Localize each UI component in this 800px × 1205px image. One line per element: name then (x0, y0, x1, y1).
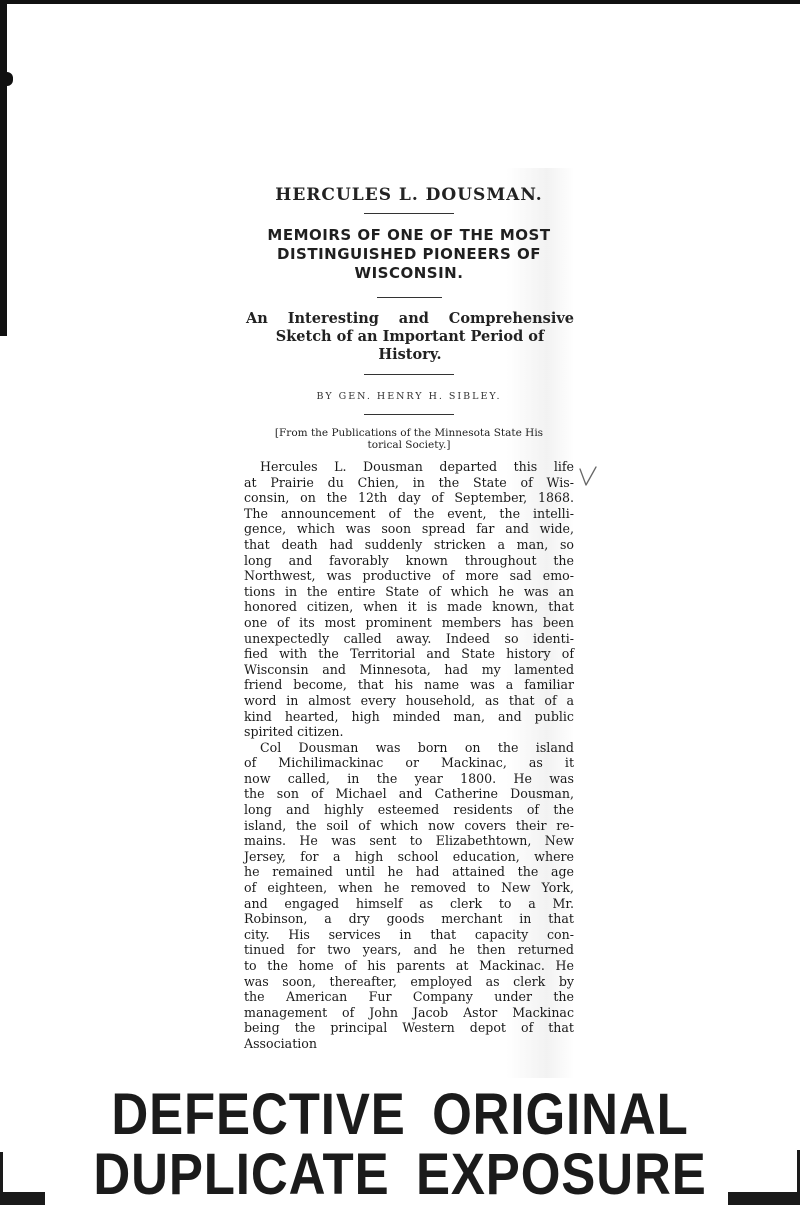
article-source: [From the Publications of the Minnesota … (244, 427, 574, 451)
body-line: friend become, that his name was a famil… (244, 677, 574, 693)
source-line: torical Society.] (244, 439, 574, 451)
notice-word: DEFECTIVE (111, 1082, 405, 1147)
scan-edge-left (0, 0, 7, 320)
divider-rule (377, 297, 442, 298)
body-line: was soon, thereafter, employed as clerk … (244, 974, 574, 990)
subhead-line: DISTINGUISHED PIONEERS OF (244, 245, 574, 264)
body-line: management of John Jacob Astor Mackinac (244, 1005, 574, 1021)
scan-corner-bottom-left (0, 1192, 45, 1205)
body-line: long and highly esteemed residents of th… (244, 802, 574, 818)
body-line: Wisconsin and Minnesota, had my lamented (244, 662, 574, 678)
deck-line: An Interesting and Comprehensive (246, 310, 574, 328)
body-line: to the home of his parents at Mackinac. … (244, 958, 574, 974)
divider-rule (364, 374, 454, 375)
source-line: [From the Publications of the Minnesota … (244, 427, 574, 439)
body-line: Robinson, a dry goods merchant in that (244, 911, 574, 927)
body-line: that death had suddenly stricken a man, … (244, 537, 574, 553)
body-line: city. His services in that capacity con- (244, 927, 574, 943)
scan-edge-mark (0, 318, 7, 336)
newspaper-clipping: HERCULES L. DOUSMAN. MEMOIRS OF ONE OF T… (244, 175, 574, 1052)
body-line: one of its most prominent members has be… (244, 615, 574, 631)
body-line: mains. He was sent to Elizabethtown, New (244, 833, 574, 849)
body-line: at Prairie du Chien, in the State of Wis… (244, 475, 574, 491)
body-line: honored citizen, when it is made known, … (244, 599, 574, 615)
body-line: Association (244, 1036, 574, 1052)
body-line: of Michilimackinac or Mackinac, as it (244, 755, 574, 771)
duplicate-exposure-notice: DUPLICATEEXPOSURE (48, 1145, 752, 1205)
deck-line: Sketch of an Important Period of (246, 328, 574, 346)
body-line: tinued for two years, and he then return… (244, 942, 574, 958)
article-subhead: MEMOIRS OF ONE OF THE MOST DISTINGUISHED… (244, 226, 574, 283)
body-line: being the principal Western depot of tha… (244, 1020, 574, 1036)
body-line: consin, on the 12th day of September, 18… (244, 490, 574, 506)
deck-line: History. (246, 346, 574, 364)
body-line: of eighteen, when he removed to New York… (244, 880, 574, 896)
article-byline: BY GEN. HENRY H. SIBLEY. (244, 391, 574, 402)
check-mark-icon (578, 466, 602, 490)
body-line: long and favorably known throughout the (244, 553, 574, 569)
body-line: Col Dousman was born on the island (244, 740, 574, 756)
body-line: gence, which was soon spread far and wid… (244, 521, 574, 537)
scan-corner-bottom-left-vertical (0, 1152, 3, 1192)
body-line: kind hearted, high minded man, and publi… (244, 709, 574, 725)
article-deck: An Interesting and Comprehensive Sketch … (244, 310, 574, 364)
notice-word: EXPOSURE (416, 1142, 707, 1205)
scan-edge-top (0, 0, 800, 4)
body-line: The announcement of the event, the intel… (244, 506, 574, 522)
subhead-line: WISCONSIN. (244, 264, 574, 283)
divider-rule (364, 213, 454, 214)
notice-word: ORIGINAL (432, 1082, 689, 1147)
body-line: island, the soil of which now covers the… (244, 818, 574, 834)
body-line: fied with the Territorial and State hist… (244, 646, 574, 662)
article-body: Hercules L. Dousman departed this life a… (244, 459, 574, 1052)
body-line: and engaged himself as clerk to a Mr. (244, 896, 574, 912)
body-line: unexpectedly called away. Indeed so iden… (244, 631, 574, 647)
body-line: spirited citizen. (244, 724, 574, 740)
body-line: the American Fur Company under the (244, 989, 574, 1005)
body-line: Northwest, was productive of more sad em… (244, 568, 574, 584)
body-line: tions in the entire State of which he wa… (244, 584, 574, 600)
body-line: now called, in the year 1800. He was (244, 771, 574, 787)
body-line: word in almost every household, as that … (244, 693, 574, 709)
body-line: Jersey, for a high school education, whe… (244, 849, 574, 865)
article-headline: HERCULES L. DOUSMAN. (244, 185, 574, 205)
body-line: Hercules L. Dousman departed this life (244, 459, 574, 475)
defective-original-notice: DEFECTIVEORIGINAL (48, 1085, 752, 1145)
notice-word: DUPLICATE (93, 1142, 389, 1205)
divider-rule (364, 414, 454, 415)
body-line: the son of Michael and Catherine Dousman… (244, 786, 574, 802)
scan-edge-tab (0, 72, 13, 86)
body-line: he remained until he had attained the ag… (244, 864, 574, 880)
subhead-line: MEMOIRS OF ONE OF THE MOST (244, 226, 574, 245)
